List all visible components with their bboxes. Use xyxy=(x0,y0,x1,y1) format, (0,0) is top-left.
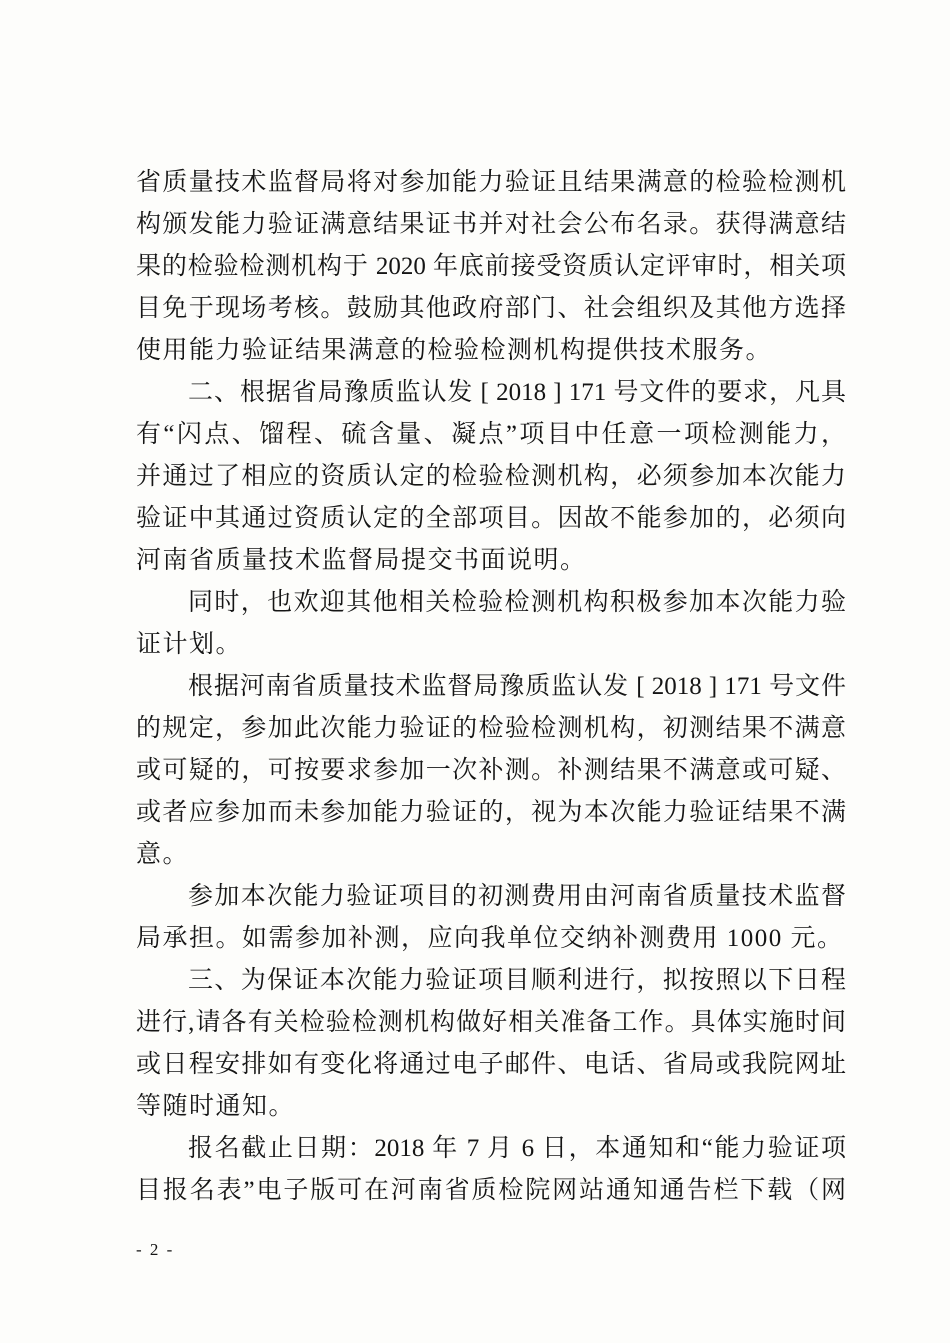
text-line: 局承担。如需参加补测，应向我单位交纳补测费用 1000 元。 xyxy=(136,918,846,960)
paragraph-3: 同时，也欢迎其他相关检验检测机构积极参加本次能力验证计划。 xyxy=(136,582,846,666)
paragraph-1: 省质量技术监督局将对参加能力验证且结果满意的检验检测机构颁发能力验证满意结果证书… xyxy=(136,162,846,372)
text-line: 河南省质量技术监督局提交书面说明。 xyxy=(136,540,846,582)
text-line: 进行,请各有关检验检测机构做好相关准备工作。具体实施时间 xyxy=(136,1002,846,1044)
text-line: 目报名表”电子版可在河南省质检院网站通知通告栏下载（网 xyxy=(136,1170,846,1212)
text-line: 或可疑的，可按要求参加一次补测。补测结果不满意或可疑、 xyxy=(136,750,846,792)
text-line: 并通过了相应的资质认定的检验检测机构，必须参加本次能力 xyxy=(136,456,846,498)
text-line: 三、为保证本次能力验证项目顺利进行，拟按照以下日程 xyxy=(136,960,846,1002)
page-number: - 2 - xyxy=(136,1240,174,1260)
text-line: 或日程安排如有变化将通过电子邮件、电话、省局或我院网址 xyxy=(136,1044,846,1086)
text-line: 同时，也欢迎其他相关检验检测机构积极参加本次能力验 xyxy=(136,582,846,624)
text-line: 目免于现场考核。鼓励其他政府部门、社会组织及其他方选择 xyxy=(136,288,846,330)
text-line: 二、根据省局豫质监认发 [ 2018 ] 171 号文件的要求，凡具 xyxy=(136,372,846,414)
document-page: 省质量技术监督局将对参加能力验证且结果满意的检验检测机构颁发能力验证满意结果证书… xyxy=(0,0,950,1343)
paragraph-7: 报名截止日期：2018 年 7 月 6 日，本通知和“能力验证项目报名表”电子版… xyxy=(136,1128,846,1212)
text-line: 省质量技术监督局将对参加能力验证且结果满意的检验检测机 xyxy=(136,162,846,204)
text-line: 或者应参加而未参加能力验证的，视为本次能力验证结果不满 xyxy=(136,792,846,834)
text-line: 参加本次能力验证项目的初测费用由河南省质量技术监督 xyxy=(136,876,846,918)
text-line: 证计划。 xyxy=(136,624,846,666)
paragraph-6: 三、为保证本次能力验证项目顺利进行，拟按照以下日程进行,请各有关检验检测机构做好… xyxy=(136,960,846,1128)
text-line: 意。 xyxy=(136,834,846,876)
text-line: 根据河南省质量技术监督局豫质监认发 [ 2018 ] 171 号文件 xyxy=(136,666,846,708)
paragraph-5: 参加本次能力验证项目的初测费用由河南省质量技术监督局承担。如需参加补测，应向我单… xyxy=(136,876,846,960)
text-line: 报名截止日期：2018 年 7 月 6 日，本通知和“能力验证项 xyxy=(136,1128,846,1170)
text-line: 使用能力验证结果满意的检验检测机构提供技术服务。 xyxy=(136,330,846,372)
text-line: 验证中其通过资质认定的全部项目。因故不能参加的，必须向 xyxy=(136,498,846,540)
paragraph-2: 二、根据省局豫质监认发 [ 2018 ] 171 号文件的要求，凡具有“闪点、馏… xyxy=(136,372,846,582)
text-line: 构颁发能力验证满意结果证书并对社会公布名录。获得满意结 xyxy=(136,204,846,246)
text-line: 的规定，参加此次能力验证的检验检测机构，初测结果不满意 xyxy=(136,708,846,750)
paragraph-4: 根据河南省质量技术监督局豫质监认发 [ 2018 ] 171 号文件的规定，参加… xyxy=(136,666,846,876)
text-line: 果的检验检测机构于 2020 年底前接受资质认定评审时，相关项 xyxy=(136,246,846,288)
document-body: 省质量技术监督局将对参加能力验证且结果满意的检验检测机构颁发能力验证满意结果证书… xyxy=(136,162,846,1212)
text-line: 等随时通知。 xyxy=(136,1086,846,1128)
text-line: 有“闪点、馏程、硫含量、凝点”项目中任意一项检测能力， xyxy=(136,414,846,456)
